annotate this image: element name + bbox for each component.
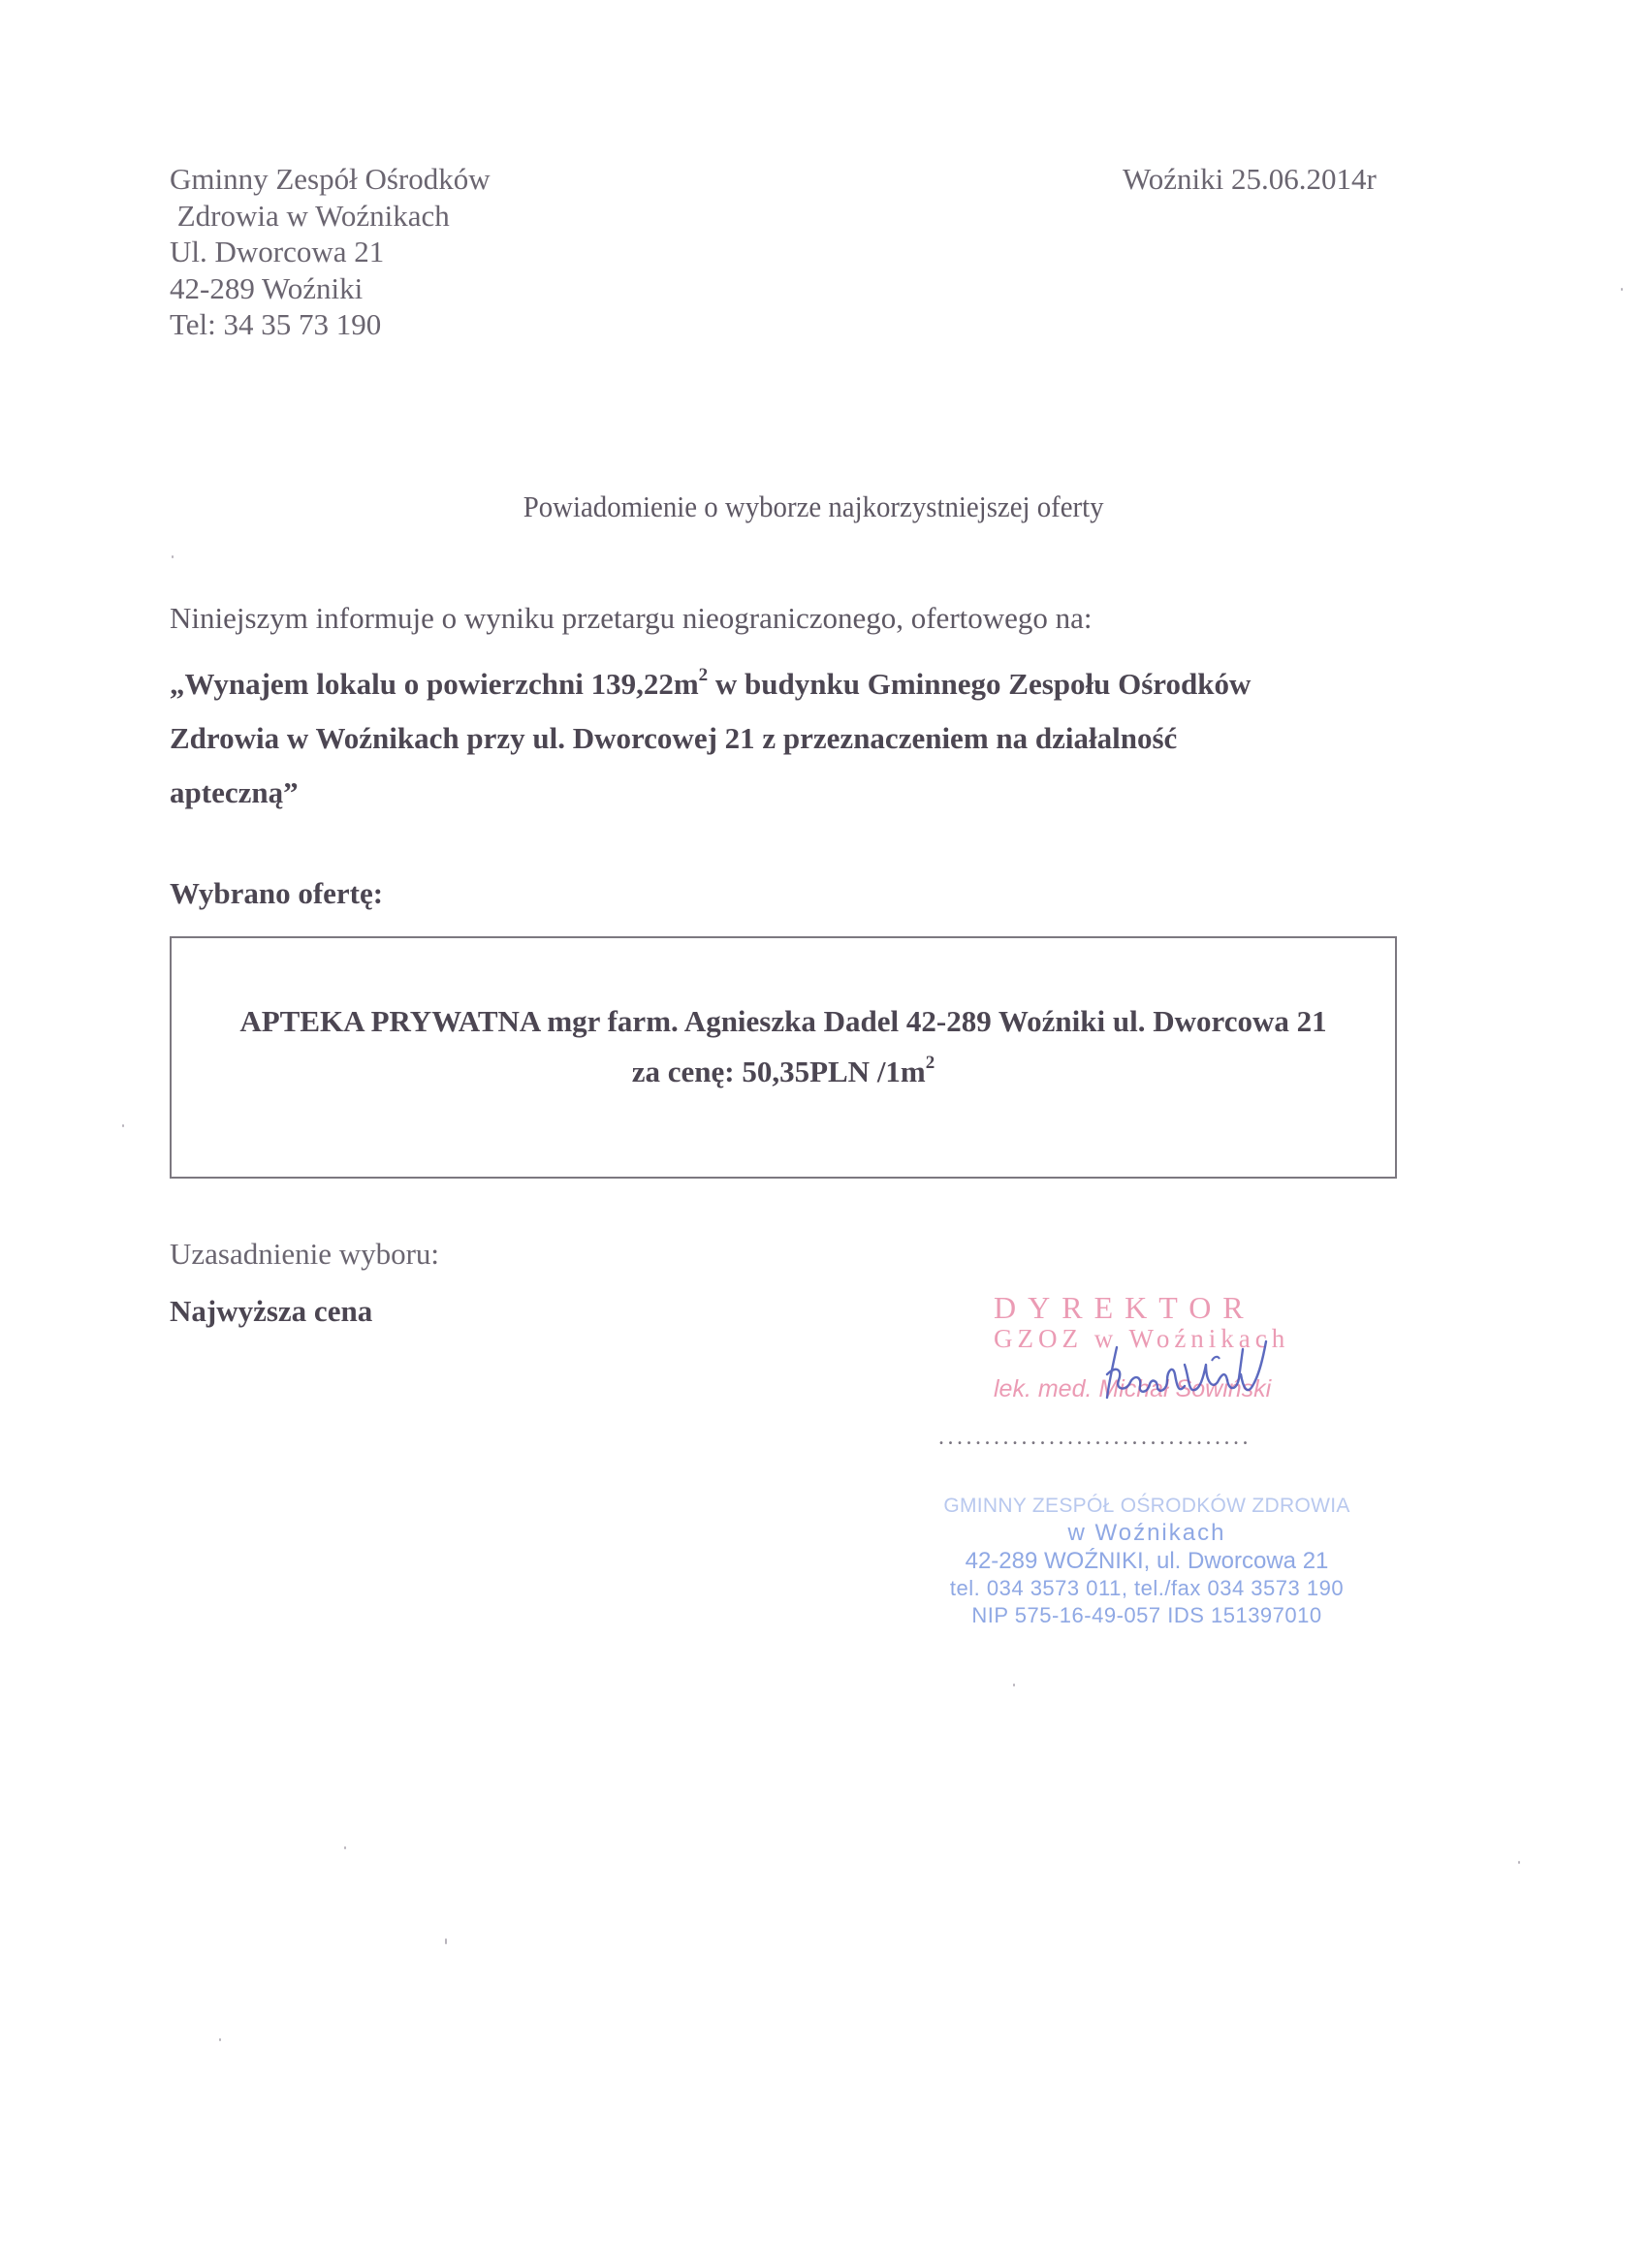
offer-line-1: APTEKA PRYWATNA mgr farm. Agnieszka Dade… [172, 996, 1395, 1047]
sender-line: Tel: 34 35 73 190 [170, 306, 491, 343]
subject-line-2: Zdrowia w Woźnikach przy ul. Dworcowej 2… [170, 711, 1430, 766]
offer-line-2: za cenę: 50,35PLN /1m2 [172, 1047, 1395, 1097]
company-stamp-line: w Woźnikach [929, 1520, 1365, 1547]
justification-value: Najwyższa cena [170, 1294, 372, 1329]
sender-line: Gminny Zespół Ośrodków [170, 161, 491, 198]
scan-speck [1013, 1684, 1015, 1686]
subject-line-1: „Wynajem lokalu o powierzchni 139,22m2 w… [170, 657, 1430, 711]
scan-speck [122, 1124, 124, 1127]
document-date: Woźniki 25.06.2014r [1123, 161, 1377, 198]
sender-address: Gminny Zespół Ośrodków Zdrowia w Woźnika… [170, 161, 491, 343]
company-stamp: GMINNY ZESPÓŁ OŚRODKÓW ZDROWIA w Woźnika… [929, 1493, 1365, 1629]
subject-line-3: apteczną” [170, 766, 1430, 820]
sender-line: Zdrowia w Woźnikach [170, 198, 491, 235]
company-stamp-line: tel. 034 3573 011, tel./fax 034 3573 190 [929, 1575, 1365, 1602]
scan-speck [172, 555, 174, 558]
document-title: Powiadomienie o wyborze najkorzystniejsz… [48, 489, 1580, 524]
chosen-offer-label: Wybrano ofertę: [170, 876, 383, 911]
signature-icon [1095, 1336, 1275, 1413]
tender-subject: „Wynajem lokalu o powierzchni 139,22m2 w… [170, 657, 1430, 820]
scan-speck [344, 1846, 346, 1849]
subject-text: w budynku Gminnego Zespołu Ośrodków [708, 667, 1251, 701]
subject-text: „Wynajem lokalu o powierzchni 139,22m [170, 667, 699, 701]
company-stamp-line: GMINNY ZESPÓŁ OŚRODKÓW ZDROWIA [929, 1493, 1365, 1520]
company-stamp-line: NIP 575-16-49-057 IDS 151397010 [929, 1602, 1365, 1629]
sender-line: Ul. Dworcowa 21 [170, 234, 491, 270]
company-stamp-line: 42-289 WOŹNIKI, ul. Dworcowa 21 [929, 1547, 1365, 1575]
chosen-offer-text: APTEKA PRYWATNA mgr farm. Agnieszka Dade… [172, 996, 1395, 1097]
sender-line: 42-289 Woźniki [170, 270, 491, 307]
scan-speck [1518, 1861, 1520, 1864]
scan-speck [445, 1938, 447, 1944]
justification-label: Uzasadnienie wyboru: [170, 1237, 439, 1272]
chosen-offer-box: APTEKA PRYWATNA mgr farm. Agnieszka Dade… [170, 936, 1397, 1179]
superscript: 2 [926, 1053, 935, 1073]
signature-line: .................................. [938, 1425, 1252, 1451]
scan-speck [219, 2038, 221, 2041]
offer-price: za cenę: 50,35PLN /1m [632, 1055, 926, 1088]
superscript: 2 [699, 665, 709, 685]
intro-paragraph: Niniejszym informuje o wyniku przetargu … [170, 601, 1093, 636]
stamp-title: DYREKTOR [994, 1291, 1284, 1324]
scan-speck [1621, 288, 1623, 291]
